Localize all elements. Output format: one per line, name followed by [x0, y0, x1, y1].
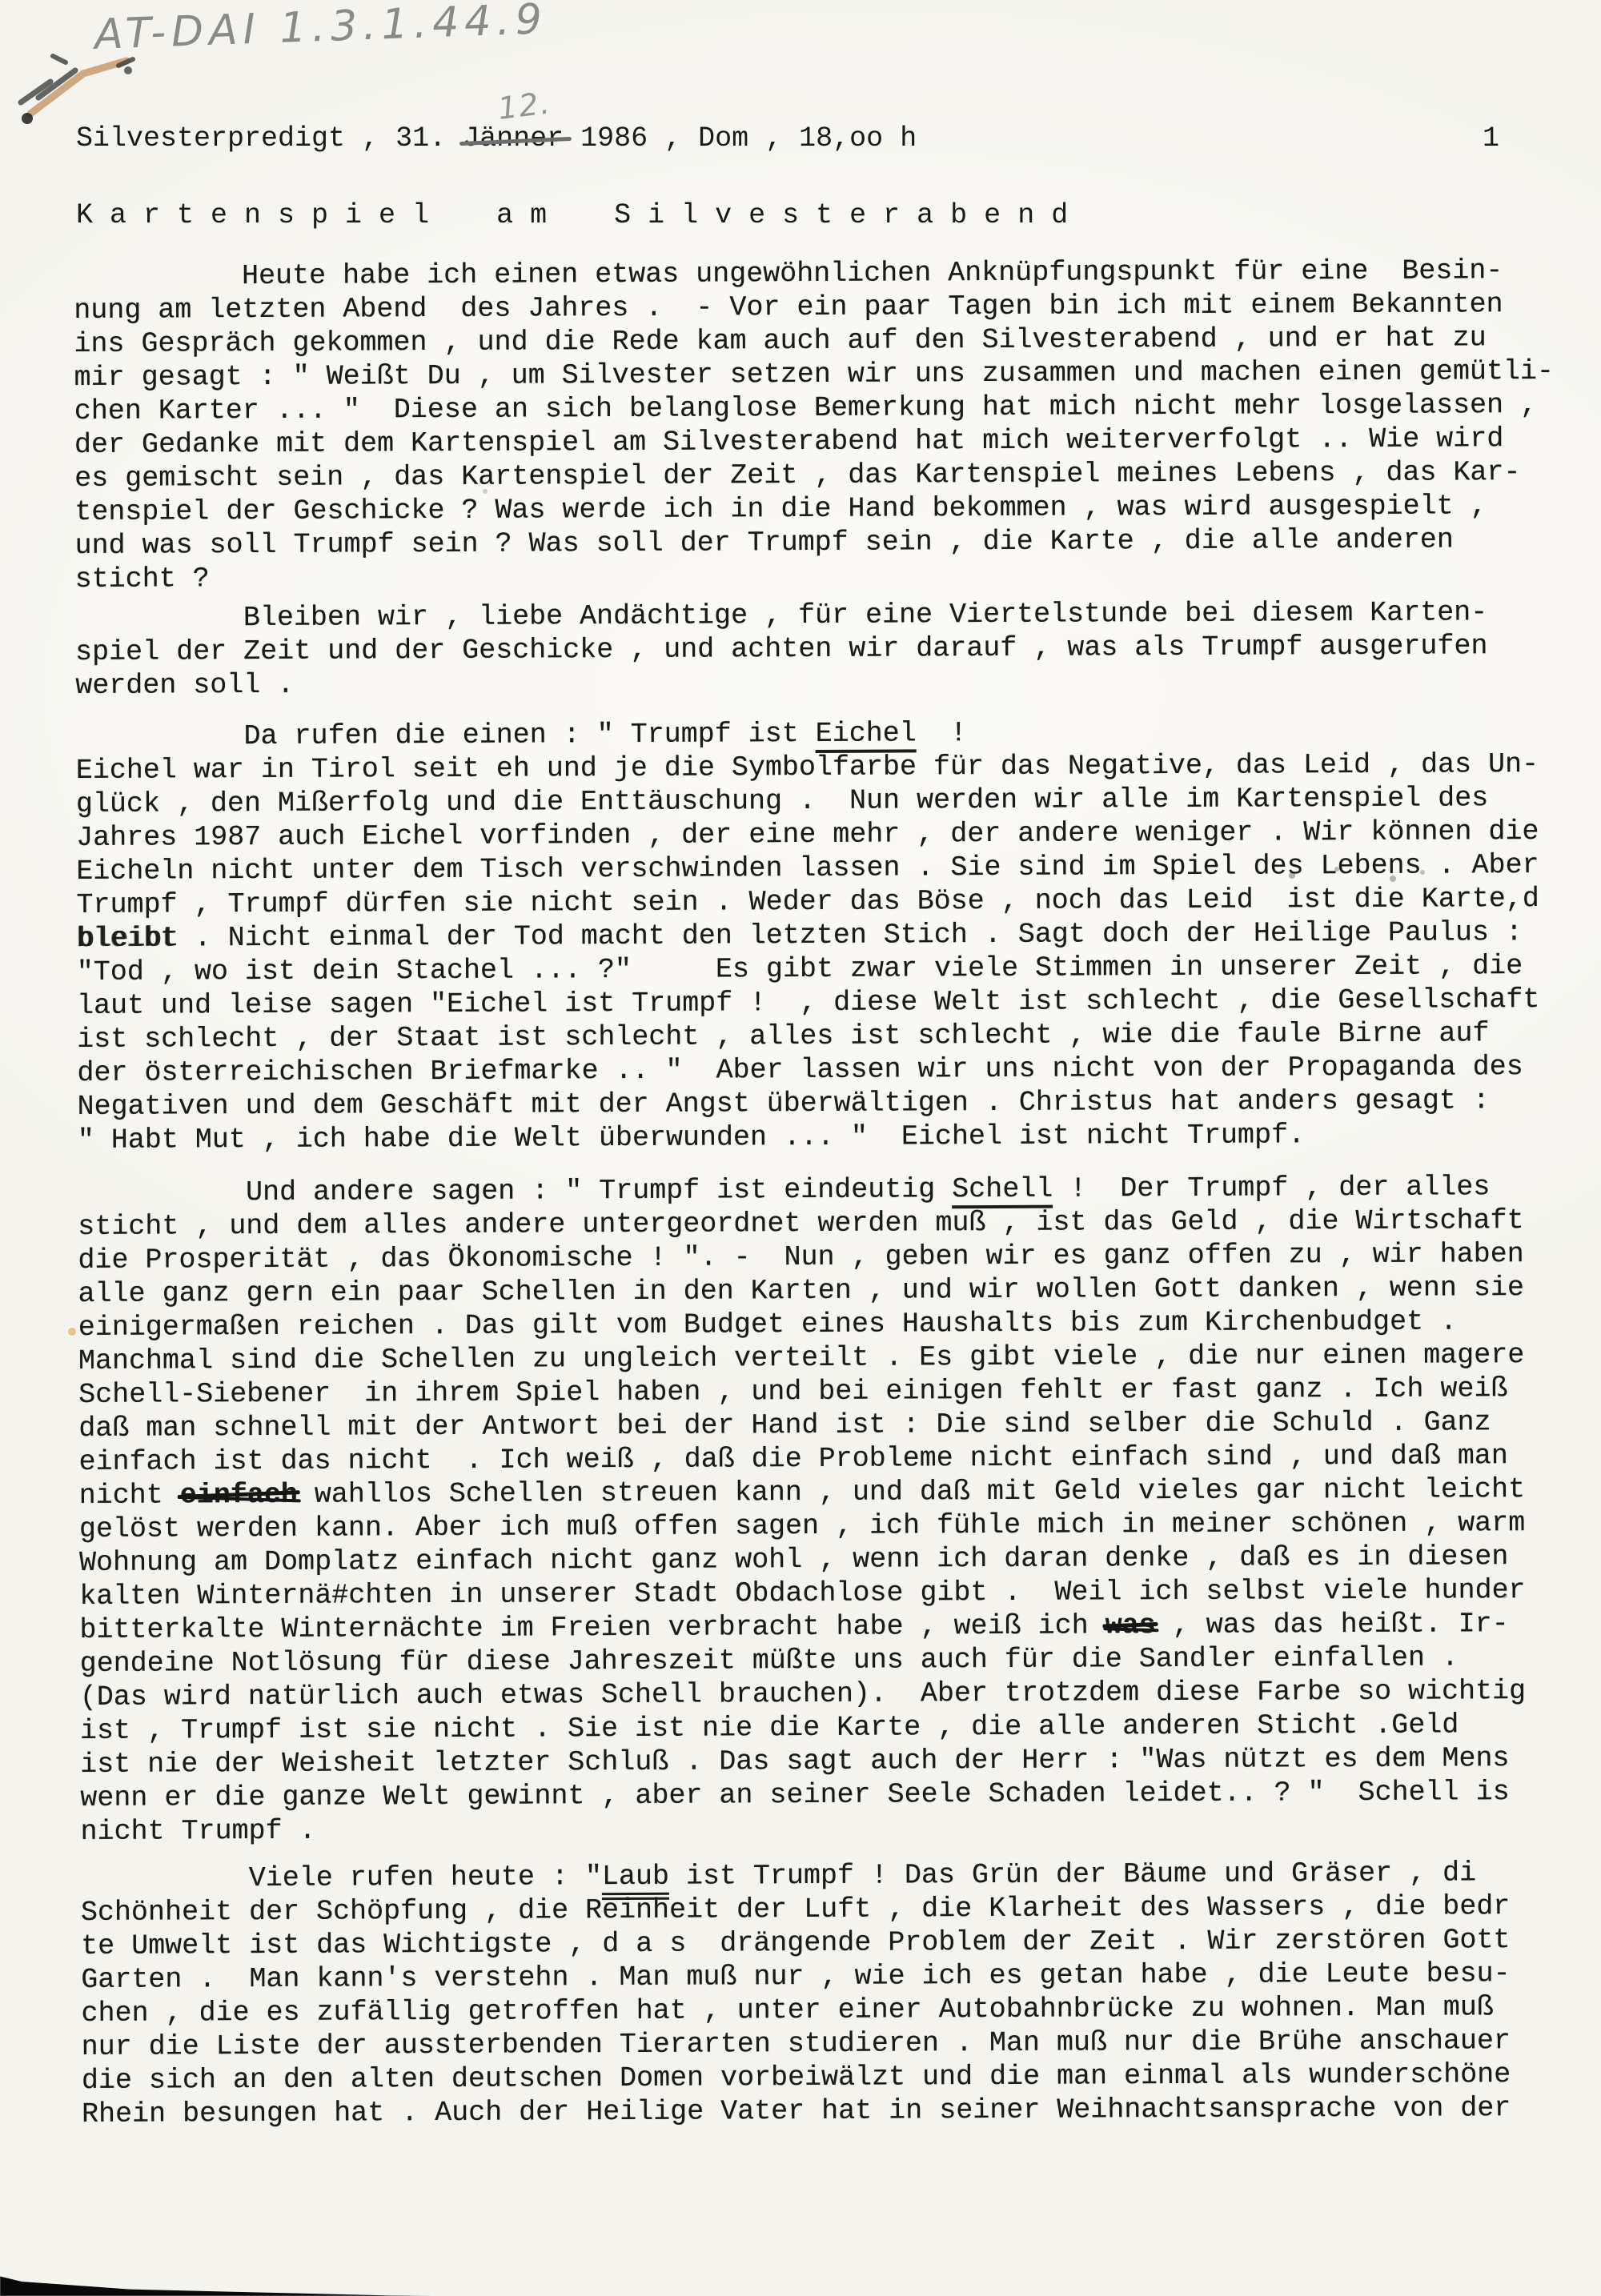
- sermon-body: Heute habe ich einen etwas ungewöhnliche…: [74, 254, 1601, 2131]
- text-segment: Rhein besungen hat . Auch der Heilige Va…: [82, 2092, 1511, 2130]
- text-segment: gelöst werden kann. Aber ich muß offen s…: [79, 1507, 1525, 1545]
- text-segment: die sich an den alten deutschen Domen vo…: [82, 2058, 1511, 2097]
- text-segment: chen Karter ... " Diese an sich belanglo…: [74, 389, 1537, 427]
- text-segment: laut und leise sagen "Eichel ist Trumpf …: [77, 984, 1539, 1022]
- text-segment: glück , den Mißerfolg und die Enttäuschu…: [76, 782, 1488, 820]
- header-text-after-date: 1986 , Dom , 18,oo h: [564, 122, 917, 154]
- text-segment: nicht: [79, 1479, 180, 1512]
- text-line: Rhein besungen hat . Auch der Heilige Va…: [82, 2091, 1601, 2131]
- text-segment: die Prosperität , das Ökonomische ! ". -…: [78, 1238, 1523, 1276]
- text-segment: werden soll .: [75, 669, 294, 702]
- document-title: K a r t e n s p i e l a m S i l v e s t …: [76, 198, 1068, 232]
- text-segment: Eichel war in Tirol seit eh und je die S…: [76, 748, 1539, 787]
- text-segment: Jahres 1987 auch Eichel vorfinden , der …: [76, 815, 1539, 854]
- scan-artifact-bottom: [0, 2272, 432, 2296]
- text-segment: Wohnung am Domplatz einfach nicht ganz w…: [79, 1541, 1508, 1579]
- document-header: Silvesterpredigt , 31. Jänner 1986 , Dom…: [76, 122, 917, 155]
- archive-code-handwriting: AT-DAI 1.3.1.44.9: [94, 0, 548, 59]
- text-segment: chen , die es zufällig getroffen hat , u…: [81, 1991, 1493, 2030]
- text-segment: Viele rufen heute : ": [81, 1861, 602, 1895]
- text-segment: kalten Winternä#chten in unserer Stadt O…: [79, 1574, 1525, 1613]
- text-segment: der österreichischen Briefmarke .. " Abe…: [77, 1051, 1523, 1089]
- text-segment: Da rufen die einen : " Trumpf ist: [76, 718, 816, 753]
- text-line: " Habt Mut , ich habe die Welt überwunde…: [78, 1117, 1601, 1157]
- text-segment: einfach ist das nicht . Ich weiß , daß d…: [78, 1440, 1507, 1478]
- text-line: wenn er die ganze Welt gewinnt , aber an…: [80, 1775, 1601, 1815]
- text-segment: " Habt Mut , ich habe die Welt überwunde…: [78, 1119, 1305, 1156]
- text-segment: daß man schnell mit der Antwort bei der …: [78, 1406, 1491, 1445]
- text-segment: (Das wird natürlich auch etwas Schell br…: [80, 1675, 1526, 1713]
- text-segment: Manchmal sind die Schellen zu ungleich v…: [78, 1339, 1524, 1377]
- text-segment: ist , Trumpf ist sie nicht . Sie ist nie…: [80, 1709, 1459, 1747]
- struck-out-word: was: [1105, 1609, 1156, 1642]
- text-segment: gendeine Notlösung für diese Jahreszeit …: [80, 1641, 1459, 1680]
- text-segment: wahllos Schellen streuen kann , und daß …: [298, 1473, 1525, 1511]
- text-segment: nung am letzten Abend des Jahres . - Vor…: [74, 288, 1503, 327]
- paragraph: Heute habe ich einen etwas ungewöhnliche…: [74, 254, 1601, 596]
- text-segment: sticht , und dem alles andere untergeord…: [78, 1204, 1523, 1243]
- overtyped-word: bleibt: [77, 922, 178, 955]
- text-line: nicht Trumpf .: [80, 1809, 1601, 1849]
- text-segment: tenspiel der Geschicke ? Was werde ich i…: [74, 490, 1487, 528]
- date-correction-handwriting: 12.: [496, 85, 553, 126]
- paragraph: Viele rufen heute : "Laub ist Trumpf ! D…: [81, 1856, 1601, 2131]
- text-segment: !: [917, 717, 967, 749]
- text-segment: Bleiben wir , liebe Andächtige , für ein…: [75, 596, 1487, 635]
- header-text-before-date: Silvesterpredigt , 31.: [76, 122, 463, 154]
- text-segment: Und andere sagen : " Trumpf ist eindeuti…: [78, 1173, 952, 1209]
- text-segment: te Umwelt ist das Wichtigste , d a s drä…: [81, 1924, 1510, 1962]
- text-segment: ! Der Trumpf , der alles: [1053, 1171, 1490, 1204]
- scanned-document-page: AT-DAI 1.3.1.44.9 12. Silvesterpredigt ,…: [0, 0, 1601, 2296]
- text-segment: einigermaßen reichen . Das gilt vom Budg…: [78, 1305, 1457, 1344]
- text-segment: und was soll Trumpf sein ? Was soll der …: [74, 523, 1453, 562]
- text-segment: wenn er die ganze Welt gewinnt , aber an…: [80, 1776, 1509, 1814]
- text-line: Negativen und dem Geschäft mit der Angst…: [78, 1084, 1601, 1124]
- underlined-word: Schell: [952, 1173, 1053, 1209]
- page-number: 1: [1483, 122, 1499, 155]
- text-segment: Eicheln nicht unter dem Tisch verschwind…: [76, 849, 1539, 888]
- text-segment: Garten . Man kann's verstehn . Man muß n…: [81, 1957, 1510, 1996]
- scan-noise-specks: [0, 0, 3, 3]
- text-segment: der Gedanke mit dem Kartenspiel am Silve…: [74, 423, 1503, 461]
- text-segment: alle ganz gern ein paar Schellen in den …: [78, 1272, 1524, 1310]
- text-segment: ist Trumpf ! Das Grün der Bäume und Gräs…: [669, 1857, 1476, 1892]
- text-segment: es gemischt sein , das Kartenspiel der Z…: [74, 456, 1520, 495]
- text-segment: Negativen und dem Geschäft mit der Angst…: [78, 1084, 1490, 1123]
- text-segment: Schell-Siebener in ihrem Spiel haben , u…: [78, 1372, 1507, 1411]
- text-segment: sticht ?: [75, 563, 210, 595]
- text-segment: ins Gespräch gekommen , und die Rede kam…: [74, 322, 1486, 360]
- text-segment: spiel der Zeit und der Geschicke , und a…: [75, 630, 1487, 668]
- text-segment: ist nie der Weisheit letzter Schluß . Da…: [80, 1742, 1509, 1781]
- text-segment: bitterkalte Winternächte im Freien verbr…: [79, 1609, 1105, 1646]
- text-line: werden soll .: [75, 663, 1601, 703]
- struck-date-word: Jänner: [463, 122, 564, 155]
- text-segment: ist schlecht , der Staat ist schlecht , …: [77, 1017, 1489, 1056]
- struck-out-word: einfach: [180, 1478, 298, 1513]
- text-segment: , was das heißt. Ir-: [1156, 1608, 1509, 1641]
- text-line: und was soll Trumpf sein ? Was soll der …: [74, 523, 1601, 563]
- text-segment: . Nicht einmal der Tod macht den letzten…: [178, 916, 1523, 954]
- underlined-word: Eichel: [816, 717, 917, 753]
- text-segment: mir gesagt : " Weißt Du , um Silvester s…: [74, 355, 1554, 394]
- text-segment: "Tod , wo ist dein Stachel ... ?" Es gib…: [77, 950, 1523, 988]
- text-segment: Trumpf , Trumpf dürfen sie nicht sein . …: [76, 883, 1539, 921]
- text-segment: nicht Trumpf .: [80, 1815, 315, 1848]
- text-segment: Schönheit der Schöpfung , die Reinheit d…: [81, 1890, 1510, 1929]
- paragraph: Da rufen die einen : " Trumpf ist Eichel…: [76, 714, 1601, 1157]
- paragraph: Bleiben wir , liebe Andächtige , für ein…: [75, 595, 1601, 703]
- text-line: sticht ?: [75, 556, 1601, 596]
- text-line: spiel der Zeit und der Geschicke , und a…: [75, 629, 1601, 669]
- text-segment: Heute habe ich einen etwas ungewöhnliche…: [74, 254, 1503, 293]
- text-segment: nur die Liste der aussterbenden Tierarte…: [82, 2025, 1511, 2063]
- paragraph: Und andere sagen : " Trumpf ist eindeuti…: [78, 1170, 1601, 1849]
